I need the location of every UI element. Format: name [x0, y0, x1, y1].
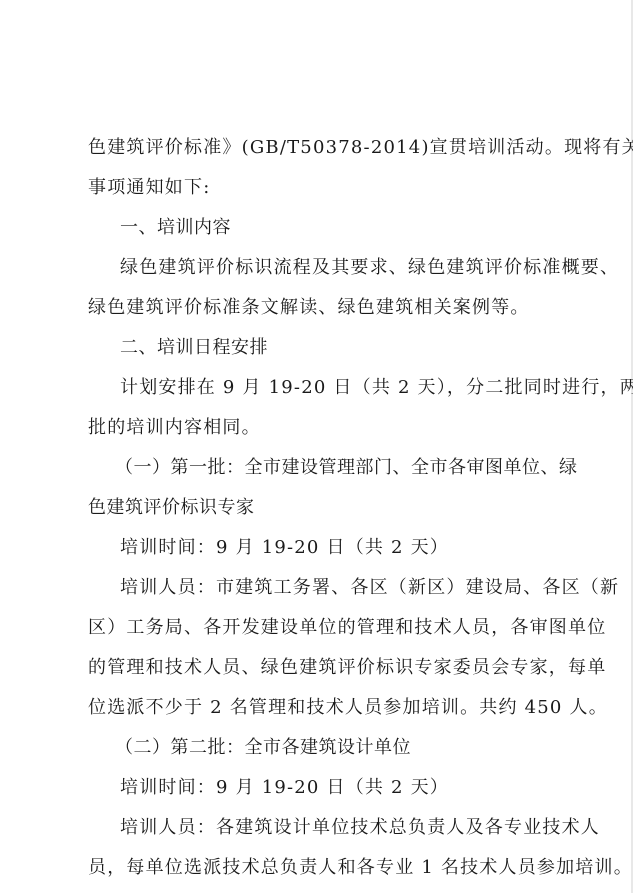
paragraph-line: 批的培训内容相同。: [88, 417, 261, 439]
paragraph-line: 绿色建筑评价标识流程及其要求、绿色建筑评价标准概要、: [120, 257, 619, 279]
paragraph-line: 培训时间：9 月 19-20 日（共 2 天）: [120, 537, 449, 559]
paragraph-line: 的管理和技术人员、绿色建筑评价标识专家委员会专家，每单: [88, 657, 606, 679]
paragraph-line: 培训时间：9 月 19-20 日（共 2 天）: [120, 777, 449, 799]
paragraph-line: 计划安排在 9 月 19-20 日（共 2 天），分二批同时进行，两: [120, 377, 633, 399]
paragraph-line: 色建筑评价标准》(GB/T50378-2014)宣贯培训活动。现将有关: [88, 137, 633, 159]
subsection-heading-1-cont: 色建筑评价标识专家: [88, 497, 255, 519]
document-page: 色建筑评价标准》(GB/T50378-2014)宣贯培训活动。现将有关 事项通知…: [0, 0, 633, 893]
paragraph-line: 培训人员：市建筑工务署、各区（新区）建设局、各区（新: [120, 577, 619, 599]
subsection-heading-2: （二）第二批：全市各建筑设计单位: [115, 737, 411, 759]
paragraph-line: 培训人员：各建筑设计单位技术总负责人及各专业技术人: [120, 817, 600, 839]
paragraph-line: 绿色建筑评价标准条文解读、绿色建筑相关案例等。: [88, 297, 530, 319]
subsection-heading-1: （一）第一批：全市建设管理部门、全市各审图单位、绿: [115, 457, 578, 479]
section-heading-1: 一、培训内容: [120, 217, 231, 239]
paragraph-line: 区）工务局、各开发建设单位的管理和技术人员，各审图单位: [88, 617, 606, 639]
section-heading-2: 二、培训日程安排: [120, 337, 268, 359]
paragraph-line: 员，每单位选派技术总负责人和各专业 1 名技术人员参加培训。: [88, 857, 633, 879]
paragraph-line: 位选派不少于 2 名管理和技术人员参加培训。共约 450 人。: [88, 697, 608, 719]
paragraph-line: 事项通知如下:: [88, 177, 210, 199]
